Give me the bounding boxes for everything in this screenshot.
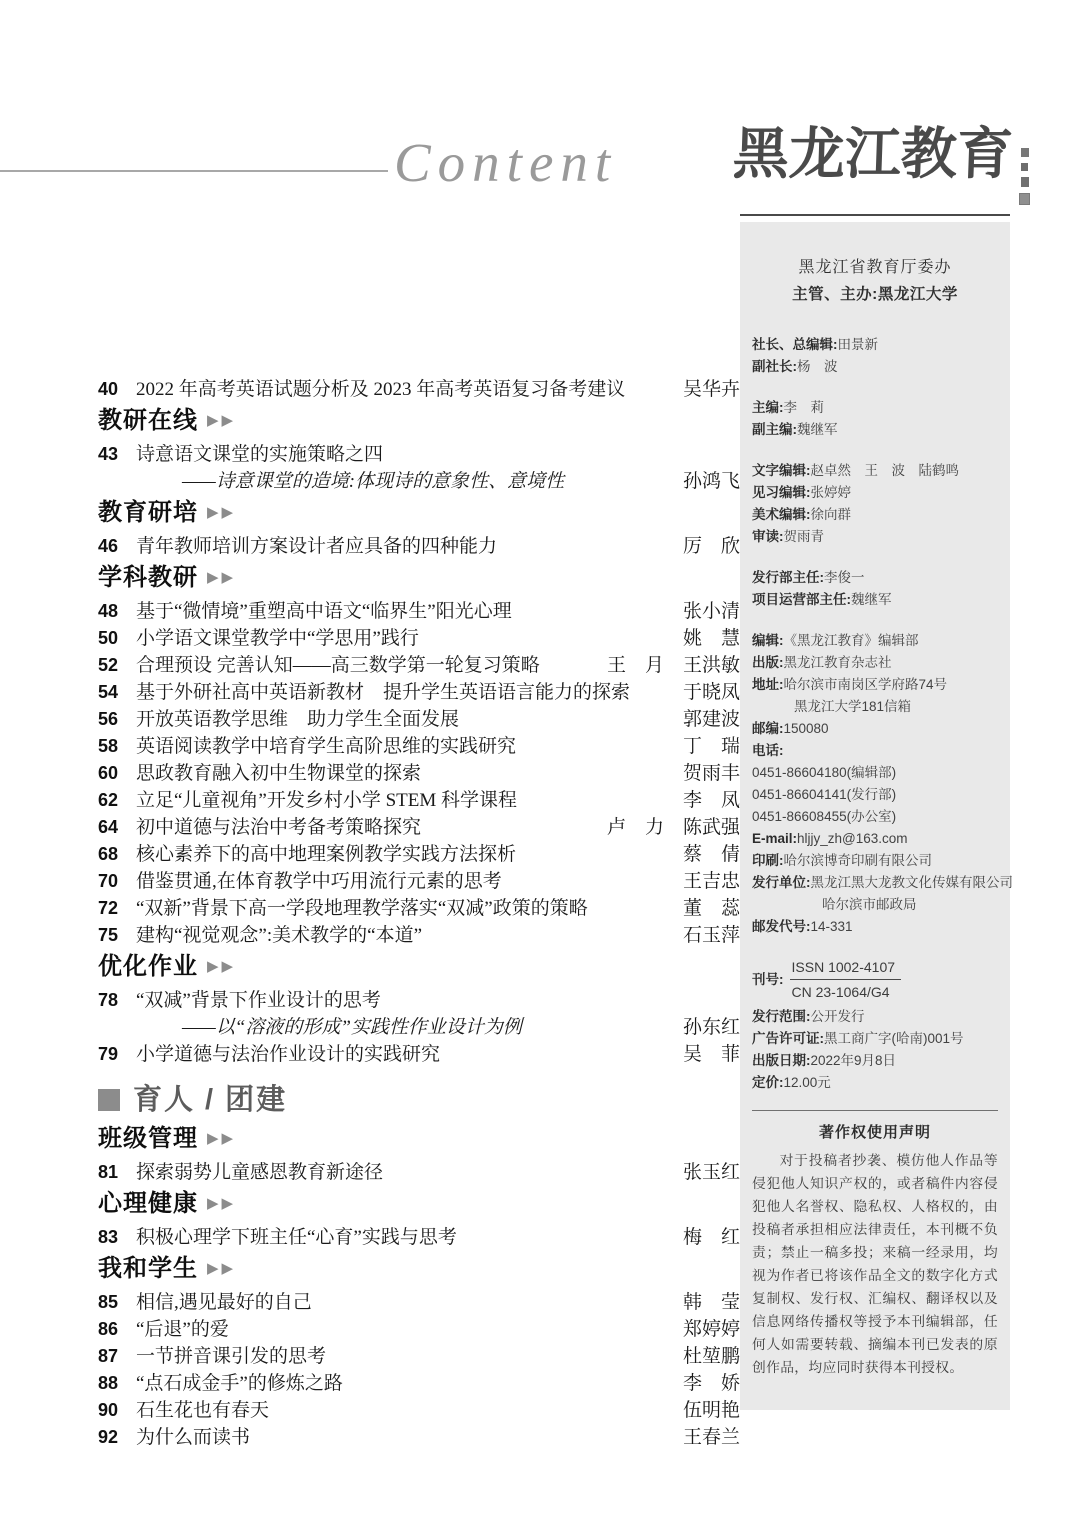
info-row: 副社长:杨 波 [752, 356, 998, 378]
copyright-divider [752, 1110, 998, 1111]
toc-entry: 81探索弱势儿童感恩教育新途径张玉红 [98, 1159, 740, 1186]
info-label: 社长、总编辑: [752, 337, 838, 352]
section-arrows-icon: ▶▶ [207, 569, 236, 586]
toc-list: 402022 年高考英语试题分析及 2023 年高考英语复习备考建议吴华卉教研在… [98, 376, 740, 1451]
entry-page-number: 56 [98, 706, 136, 733]
org-sponsor-line: 主管、主办:黑龙江大学 [752, 282, 998, 308]
info-row: 社长、总编辑:田景新 [752, 334, 998, 356]
toc-entry: 402022 年高考英语试题分析及 2023 年高考英语复习备考建议吴华卉 [98, 376, 740, 403]
entry-authors: 吴 菲 [683, 1041, 740, 1068]
info-label: 邮编: [752, 721, 784, 736]
entry-page-number: 86 [98, 1316, 136, 1343]
issn-cn-block: ISSN 1002-4107CN 23-1064/G4 [790, 957, 902, 1002]
info-row: 0451-86604180(编辑部) [752, 762, 998, 784]
toc-entry: 79小学道德与法治作业设计的实践研究吴 菲 [98, 1041, 740, 1068]
entry-page-number: 60 [98, 760, 136, 787]
entry-title: 初中道德与法治中考备考策略探究 [136, 814, 597, 841]
entry-authors: 于晓凤 [683, 679, 740, 706]
entry-page-number: 92 [98, 1424, 136, 1451]
entry-page-number: 75 [98, 922, 136, 949]
info-row: 发行单位:黑龙江黑大龙教文化传媒有限公司 [752, 872, 998, 894]
toc-entry: 72“双新”背景下高一学段地理教学落实“双减”政策的策略董 蕊 [98, 895, 740, 922]
section-title: 优化作业 [98, 954, 198, 980]
publisher-panel: 黑龙江省教育厅委办 主管、主办:黑龙江大学 社长、总编辑:田景新副社长:杨 波主… [740, 222, 1010, 1410]
info-row: 发行部主任:李俊一 [752, 567, 998, 589]
entry-authors: 王春兰 [683, 1424, 740, 1451]
info-value: 赵卓然 王 波 陆鹤鸣 [811, 463, 960, 478]
section-header: 班级管理▶▶ [98, 1124, 740, 1157]
entry-title: 建构“视觉观念”:美术教学的“本道” [136, 922, 673, 949]
info-row: 主编:李 莉 [752, 397, 998, 419]
toc-entry: 62立足“儿童视角”开发乡村小学 STEM 科学课程李 凤 [98, 787, 740, 814]
toc-entry: 87一节拼音课引发的思考杜堃鹏 [98, 1343, 740, 1370]
entry-page-number: 52 [98, 652, 136, 679]
toc-entry: 92为什么而读书王春兰 [98, 1424, 740, 1451]
info-label: 电话: [752, 743, 784, 758]
entry-page-number: 68 [98, 841, 136, 868]
info-value: 黑龙江大学181信箱 [752, 699, 911, 714]
info-label: 刊号: [752, 970, 784, 990]
toc-entry: 43诗意语文课堂的实施策略之四 [98, 441, 740, 468]
section-arrows-icon: ▶▶ [207, 412, 236, 429]
toc-entry: 90石生花也有春天伍明艳 [98, 1397, 740, 1424]
entry-page-number: 64 [98, 814, 136, 841]
entry-title: 一节拼音课引发的思考 [136, 1343, 673, 1370]
info-row: 哈尔滨市邮政局 [752, 894, 998, 916]
entry-subtitle: ——诗意课堂的造境:体现诗的意象性、意境性 [98, 468, 673, 495]
entry-page-number: 88 [98, 1370, 136, 1397]
part-title: 育人 / 团建 [133, 1080, 287, 1120]
info-value: hljjy_zh@163.com [797, 831, 908, 846]
section-header: 心理健康▶▶ [98, 1189, 740, 1222]
info-label: 邮发代号: [752, 919, 811, 934]
info-label: 发行单位: [752, 875, 811, 890]
toc-entry-subrow: ——诗意课堂的造境:体现诗的意象性、意境性孙鸿飞 [98, 468, 740, 495]
entry-authors: 伍明艳 [683, 1397, 740, 1424]
entry-page-number: 85 [98, 1289, 136, 1316]
info-row: 项目运营部主任:魏继军 [752, 589, 998, 611]
entry-authors: 王 月 王洪敏 [607, 652, 740, 679]
entry-authors: 蔡 倩 [683, 841, 740, 868]
info-value: 徐向群 [811, 507, 852, 522]
entry-title: 青年教师培训方案设计者应具备的四种能力 [136, 533, 673, 560]
org-committee-line: 黑龙江省教育厅委办 [752, 254, 998, 282]
publisher-org-block: 黑龙江省教育厅委办 主管、主办:黑龙江大学 [752, 254, 998, 308]
info-value: 150080 [784, 721, 829, 736]
publisher-info-group: 文字编辑:赵卓然 王 波 陆鹤鸣见习编辑:张婷婷美术编辑:徐向群审读:贺雨青 [752, 460, 998, 548]
toc-entry: 60思政教育融入初中生物课堂的探索贺雨丰 [98, 760, 740, 787]
entry-page-number: 83 [98, 1224, 136, 1251]
info-row: 邮编:150080 [752, 718, 998, 740]
entry-authors: 石玉萍 [683, 922, 740, 949]
copyright-body: 对于投稿者抄袭、模仿他人作品等侵犯他人知识产权的，或者稿件内容侵犯他人名誉权、隐… [752, 1149, 998, 1379]
toc-entry: 64初中道德与法治中考备考策略探究卢 力 陈武强 [98, 814, 740, 841]
entry-page-number: 70 [98, 868, 136, 895]
section-title: 心理健康 [98, 1191, 198, 1217]
info-value: 贺雨青 [784, 529, 825, 544]
toc-entry: 68核心素养下的高中地理案例教学实践方法探析蔡 倩 [98, 841, 740, 868]
entry-page-number: 87 [98, 1343, 136, 1370]
info-row: 定价:12.00元 [752, 1072, 998, 1094]
section-title: 教研在线 [98, 408, 198, 434]
entry-title: 2022 年高考英语试题分析及 2023 年高考英语复习备考建议 [136, 376, 673, 403]
entry-title: 为什么而读书 [136, 1424, 673, 1451]
entry-authors: 丁 瑞 [683, 733, 740, 760]
publisher-panel-rule [740, 214, 1010, 216]
entry-title: 思政教育融入初中生物课堂的探索 [136, 760, 673, 787]
entry-page-number: 43 [98, 441, 136, 468]
info-value: 12.00元 [784, 1075, 831, 1090]
section-arrows-icon: ▶▶ [207, 1260, 236, 1277]
entry-authors: 张玉红 [683, 1159, 740, 1186]
issue-number-row: 刊号:ISSN 1002-4107CN 23-1064/G4 [752, 957, 998, 1002]
info-label: 审读: [752, 529, 784, 544]
info-label: 出版日期: [752, 1053, 811, 1068]
entry-authors: 郑婷婷 [683, 1316, 740, 1343]
info-value: 黑龙江教育杂志社 [784, 655, 892, 670]
info-value: 田景新 [838, 337, 879, 352]
info-label: 文字编辑: [752, 463, 811, 478]
entry-authors: 郭建波 [683, 706, 740, 733]
entry-authors: 贺雨丰 [683, 760, 740, 787]
entry-page-number: 58 [98, 733, 136, 760]
toc-entry: 48基于“微情境”重塑高中语文“临界生”阳光心理张小清 [98, 598, 740, 625]
info-label: 广告许可证: [752, 1031, 824, 1046]
info-label: 出版: [752, 655, 784, 670]
info-label: 编辑: [752, 633, 784, 648]
info-value: 0451-86604141(发行部) [752, 787, 896, 802]
section-header: 教研在线▶▶ [98, 406, 740, 439]
entry-title: 石生花也有春天 [136, 1397, 673, 1424]
info-value: 公开发行 [811, 1009, 865, 1024]
info-row: 出版:黑龙江教育杂志社 [752, 652, 998, 674]
info-row: 广告许可证:黑工商广字(哈南)001号 [752, 1028, 998, 1050]
signature-mark-icon [1021, 177, 1029, 187]
toc-entry: 46青年教师培训方案设计者应具备的四种能力厉 欣 [98, 533, 740, 560]
section-arrows-icon: ▶▶ [207, 504, 236, 521]
section-arrows-icon: ▶▶ [207, 1130, 236, 1147]
entry-title: “点石成金手”的修炼之路 [136, 1370, 673, 1397]
section-arrows-icon: ▶▶ [207, 958, 236, 975]
toc-entry: 50小学语文课堂教学中“学思用”践行姚 慧 [98, 625, 740, 652]
info-value: 《黑龙江教育》编辑部 [784, 633, 919, 648]
info-value: 0451-86604180(编辑部) [752, 765, 896, 780]
toc-entry: 83积极心理学下班主任“心育”实践与思考梅 红 [98, 1224, 740, 1251]
toc-page: Content 黑龙江教育 402022 年高考英语试题分析及 2023 年高考… [0, 0, 1080, 1514]
entry-authors: 董 蕊 [683, 895, 740, 922]
info-row: 副主编:魏继军 [752, 419, 998, 441]
section-header: 我和学生▶▶ [98, 1254, 740, 1287]
info-row: 印刷:哈尔滨博奇印刷有限公司 [752, 850, 998, 872]
entry-authors: 孙鸿飞 [683, 468, 740, 495]
info-row: 文字编辑:赵卓然 王 波 陆鹤鸣 [752, 460, 998, 482]
toc-entry-subrow: ——以“溶液的形成”实践性作业设计为例孙东红 [98, 1014, 740, 1041]
info-label: E-mail: [752, 831, 797, 846]
info-value: 哈尔滨市南岗区学府路74号 [784, 677, 948, 692]
entry-title: 基于外研社高中英语新教材 提升学生英语语言能力的探索 [136, 679, 673, 706]
section-arrows-icon: ▶▶ [207, 1195, 236, 1212]
info-row: 美术编辑:徐向群 [752, 504, 998, 526]
signature-mark-icon [1021, 148, 1029, 157]
info-label: 见习编辑: [752, 485, 811, 500]
info-label: 印刷: [752, 853, 784, 868]
toc-entry: 52合理预设 完善认知——高三数学第一轮复习策略王 月 王洪敏 [98, 652, 740, 679]
entry-authors: 梅 红 [683, 1224, 740, 1251]
entry-title: 小学语文课堂教学中“学思用”践行 [136, 625, 673, 652]
info-label: 发行范围: [752, 1009, 811, 1024]
entry-authors: 张小清 [683, 598, 740, 625]
entry-authors: 卢 力 陈武强 [607, 814, 740, 841]
entry-title: 诗意语文课堂的实施策略之四 [136, 441, 740, 468]
info-value: 杨 波 [797, 359, 838, 374]
entry-title: 积极心理学下班主任“心育”实践与思考 [136, 1224, 673, 1251]
entry-authors: 姚 慧 [683, 625, 740, 652]
toc-entry: 75建构“视觉观念”:美术教学的“本道”石玉萍 [98, 922, 740, 949]
section-title: 我和学生 [98, 1256, 198, 1282]
copyright-title: 著作权使用声明 [752, 1121, 998, 1142]
header-rule [0, 170, 388, 172]
toc-entry: 56开放英语教学思维 助力学生全面发展郭建波 [98, 706, 740, 733]
info-row: 出版日期:2022年9月8日 [752, 1050, 998, 1072]
info-row: 电话: [752, 740, 998, 762]
info-row: 0451-86608455(办公室) [752, 806, 998, 828]
info-row: 见习编辑:张婷婷 [752, 482, 998, 504]
info-value: 魏继军 [797, 422, 838, 437]
entry-title: 探索弱势儿童感恩教育新途径 [136, 1159, 673, 1186]
toc-entry: 85相信,遇见最好的自己韩 莹 [98, 1289, 740, 1316]
issn-number: ISSN 1002-4107 [790, 957, 902, 980]
entry-title: 核心素养下的高中地理案例教学实践方法探析 [136, 841, 673, 868]
info-value: 张婷婷 [811, 485, 852, 500]
entry-authors: 吴华卉 [683, 376, 740, 403]
info-label: 美术编辑: [752, 507, 811, 522]
magazine-title-calligraphy: 黑龙江教育 [732, 110, 1015, 190]
entry-authors: 李 娇 [683, 1370, 740, 1397]
info-row: 发行范围:公开发行 [752, 1006, 998, 1028]
info-value: 黑龙江黑大龙教文化传媒有限公司 [811, 875, 1014, 890]
info-value: 0451-86608455(办公室) [752, 809, 896, 824]
toc-entry: 70借鉴贯通,在体育教学中巧用流行元素的思考王吉忠 [98, 868, 740, 895]
info-row: 邮发代号:14-331 [752, 916, 998, 938]
publisher-info-group: 发行部主任:李俊一项目运营部主任:魏继军 [752, 567, 998, 611]
publisher-info-group: 刊号:ISSN 1002-4107CN 23-1064/G4发行范围:公开发行广… [752, 957, 998, 1094]
content-title: Content [394, 131, 617, 194]
entry-page-number: 40 [98, 376, 136, 403]
entry-authors: 孙东红 [683, 1014, 740, 1041]
info-label: 项目运营部主任: [752, 592, 851, 607]
info-row: 编辑:《黑龙江教育》编辑部 [752, 630, 998, 652]
section-header: 教育研培▶▶ [98, 498, 740, 531]
publisher-info-group: 编辑:《黑龙江教育》编辑部出版:黑龙江教育杂志社地址:哈尔滨市南岗区学府路74号… [752, 630, 998, 938]
entry-authors: 韩 莹 [683, 1289, 740, 1316]
toc-entry: 58英语阅读教学中培育学生高阶思维的实践研究丁 瑞 [98, 733, 740, 760]
entry-page-number: 81 [98, 1159, 136, 1186]
entry-title: 相信,遇见最好的自己 [136, 1289, 673, 1316]
toc-entry: 54基于外研社高中英语新教材 提升学生英语语言能力的探索于晓凤 [98, 679, 740, 706]
entry-page-number: 54 [98, 679, 136, 706]
info-row: 0451-86604141(发行部) [752, 784, 998, 806]
entry-title: 英语阅读教学中培育学生高阶思维的实践研究 [136, 733, 673, 760]
part-header: 育人 / 团建 [98, 1080, 740, 1120]
info-label: 主编: [752, 400, 784, 415]
toc-entry: 78“双减”背景下作业设计的思考 [98, 987, 740, 1014]
info-row: E-mail:hljjy_zh@163.com [752, 828, 998, 850]
entry-title: “后退”的爱 [136, 1316, 673, 1343]
entry-page-number: 72 [98, 895, 136, 922]
entry-page-number: 62 [98, 787, 136, 814]
entry-title: 借鉴贯通,在体育教学中巧用流行元素的思考 [136, 868, 673, 895]
info-label: 发行部主任: [752, 570, 824, 585]
publisher-info-groups: 社长、总编辑:田景新副社长:杨 波主编:李 莉副主编:魏继军文字编辑:赵卓然 王… [752, 334, 998, 1094]
entry-authors: 王吉忠 [683, 868, 740, 895]
entry-title: 立足“儿童视角”开发乡村小学 STEM 科学课程 [136, 787, 673, 814]
info-row: 黑龙江大学181信箱 [752, 696, 998, 718]
entry-title: 合理预设 完善认知——高三数学第一轮复习策略 [136, 652, 597, 679]
info-value: 哈尔滨市邮政局 [752, 897, 917, 912]
entry-title: 开放英语教学思维 助力学生全面发展 [136, 706, 673, 733]
info-value: 魏继军 [851, 592, 892, 607]
section-title: 教育研培 [98, 500, 198, 526]
info-value: 哈尔滨博奇印刷有限公司 [784, 853, 933, 868]
info-label: 定价: [752, 1075, 784, 1090]
info-row: 审读:贺雨青 [752, 526, 998, 548]
signature-seal-icon [1019, 193, 1030, 205]
info-label: 副主编: [752, 422, 797, 437]
signature-mark-icon [1021, 163, 1028, 171]
entry-title: 基于“微情境”重塑高中语文“临界生”阳光心理 [136, 598, 673, 625]
entry-title: “双减”背景下作业设计的思考 [136, 987, 740, 1014]
section-header: 优化作业▶▶ [98, 952, 740, 985]
entry-authors: 厉 欣 [683, 533, 740, 560]
toc-entry: 86“后退”的爱郑婷婷 [98, 1316, 740, 1343]
entry-title: 小学道德与法治作业设计的实践研究 [136, 1041, 673, 1068]
entry-page-number: 79 [98, 1041, 136, 1068]
entry-page-number: 46 [98, 533, 136, 560]
section-title: 班级管理 [98, 1126, 198, 1152]
entry-page-number: 48 [98, 598, 136, 625]
copyright-notice: 著作权使用声明 对于投稿者抄袭、模仿他人作品等侵犯他人知识产权的，或者稿件内容侵… [752, 1110, 998, 1379]
info-value: 14-331 [811, 919, 853, 934]
info-value: 李俊一 [824, 570, 865, 585]
entry-page-number: 50 [98, 625, 136, 652]
info-value: 2022年9月8日 [811, 1053, 897, 1068]
entry-subtitle: ——以“溶液的形成”实践性作业设计为例 [98, 1014, 673, 1041]
publisher-info-group: 社长、总编辑:田景新副社长:杨 波 [752, 334, 998, 378]
entry-authors: 李 凤 [683, 787, 740, 814]
info-label: 副社长: [752, 359, 797, 374]
entry-page-number: 90 [98, 1397, 136, 1424]
entry-title: “双新”背景下高一学段地理教学落实“双减”政策的策略 [136, 895, 673, 922]
entry-authors: 杜堃鹏 [683, 1343, 740, 1370]
info-value: 黑工商广字(哈南)001号 [824, 1031, 964, 1046]
info-row: 地址:哈尔滨市南岗区学府路74号 [752, 674, 998, 696]
info-label: 地址: [752, 677, 784, 692]
section-header: 学科教研▶▶ [98, 563, 740, 596]
entry-page-number: 78 [98, 987, 136, 1014]
publisher-info-group: 主编:李 莉副主编:魏继军 [752, 397, 998, 441]
toc-entry: 88“点石成金手”的修炼之路李 娇 [98, 1370, 740, 1397]
part-square-icon [98, 1089, 120, 1111]
info-value: 李 莉 [784, 400, 825, 415]
cn-number: CN 23-1064/G4 [790, 980, 902, 1002]
calligrapher-signature [1019, 148, 1030, 205]
section-title: 学科教研 [98, 565, 198, 591]
